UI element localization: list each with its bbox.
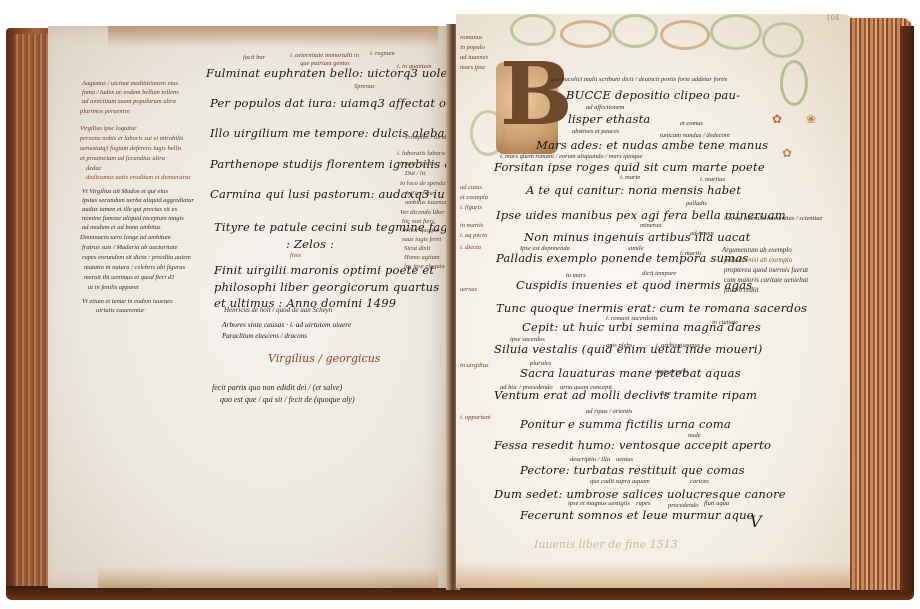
verse-line: Tunc quoque inermis erat: cum te romana …	[496, 301, 807, 315]
verse-line: BUCCE depositio clipeo pau-	[566, 88, 740, 102]
verse-line: Fessa resedit humo: ventosque accepit ap…	[494, 438, 771, 452]
gloss: dedicamus uatis eruditum et demonstrat	[86, 174, 190, 181]
gloss: plurimos peruenire	[80, 108, 130, 115]
gloss: uirtutis cauerentur	[96, 307, 145, 314]
gloss: que cadit supra aquam	[590, 478, 650, 485]
gloss: cum maioris caritate ueniebat	[724, 276, 808, 284]
gloss: plurales	[530, 360, 551, 367]
verse-line: : Zelos :	[286, 237, 334, 251]
gloss: fluit aqua	[704, 500, 729, 507]
owner-note: Henricus de holt / quod de uan Scheyn	[224, 306, 332, 314]
gloss: ad modum et ad bona ambitus	[82, 224, 161, 231]
gloss: ad iuuenes	[460, 54, 488, 61]
gloss: ad amicitiam suam populorum ultra	[82, 98, 176, 105]
gloss: carices	[690, 478, 709, 485]
gloss: propterea quod inermis fuerat	[724, 266, 808, 274]
gloss: A Cicerone	[405, 190, 434, 197]
gloss: i. mars quem romani / eorum aliquando / …	[500, 153, 642, 160]
gloss: uersus	[460, 286, 477, 293]
gloss: rupes	[636, 500, 650, 507]
bottom-binding-board	[6, 586, 914, 600]
verse-line: lisper ethasta	[568, 112, 650, 126]
gloss: ipsius secundum uerba aliquid aggrediatu…	[82, 197, 194, 204]
gloss: i. opportuni	[460, 414, 491, 421]
gloss: in uirgilius	[460, 362, 488, 369]
vine-scroll-icon	[710, 14, 762, 50]
gloss: persone nobis et laboris sui ei mirabili…	[80, 135, 183, 142]
gloss: In hoc quoque	[402, 227, 439, 234]
gloss: nude	[688, 432, 701, 439]
gloss: mutatio in natura / celebris ubi figuras	[84, 264, 185, 271]
gloss: ipse et magnus uestigiis	[568, 500, 630, 507]
water-stain-bottom	[98, 566, 438, 588]
verse-line: Forsitan ipse roges quid sit cum marte p…	[494, 160, 765, 174]
closing-note: quo est que / qui sit / fecit de (quoque…	[220, 395, 355, 404]
gloss: mars ipse	[460, 64, 485, 71]
verse-line: Per populos dat iura: uiamq3 affectat ol…	[210, 96, 483, 110]
colophon-line: philosophi liber georgicorum quartus	[214, 280, 439, 294]
gloss: Sicut dixit	[404, 245, 430, 252]
gloss: ripa	[660, 390, 671, 397]
gloss: et prouinciam ad fecundius ultra	[80, 155, 165, 162]
gloss: hoc est liberalis humanitas / scientiae	[724, 215, 822, 222]
gloss: facit bar	[243, 54, 265, 61]
gloss: uentus	[616, 456, 633, 463]
gloss: i. pater ipsius	[400, 160, 436, 167]
vine-scroll-icon	[660, 20, 710, 50]
gloss: i. regnum	[370, 50, 395, 57]
flower-icon: ❀	[806, 112, 816, 126]
gloss: ad hoc / precedendo	[500, 384, 553, 391]
vine-scroll-icon	[780, 60, 808, 106]
vine-scroll-icon	[762, 22, 804, 58]
gloss: Dui / lit.	[405, 170, 427, 177]
gloss: procedendo	[668, 502, 698, 509]
vine-scroll-icon	[510, 14, 556, 46]
gloss: Vt etiam et tenue in eodem iuuenes	[82, 298, 173, 305]
gloss: ad affectionem	[586, 104, 624, 111]
gloss: uenustatq3 fugiam deferens iugis bellis	[80, 145, 182, 152]
gloss: i. aqua priores	[650, 368, 688, 375]
interlinear-gloss: qua bucolici multi scribunt dicit / deui…	[550, 76, 727, 83]
corner-mark: V	[750, 512, 762, 531]
faint-bottom-note: Iuuenis liber de fine 1513	[534, 538, 678, 551]
gloss: tunicam nundus / dedecore	[660, 132, 730, 139]
gloss: Homo agitum	[404, 254, 440, 261]
gloss: ipse sacerdos	[510, 336, 545, 343]
gloss: i. diecia	[460, 244, 481, 251]
gloss: abstines et pauces	[572, 128, 619, 135]
gloss: et comas	[680, 120, 703, 127]
gloss: palladis	[686, 200, 707, 207]
gloss: minerua	[640, 222, 662, 229]
verse-line: Pectore: turbatas restituit que comas	[520, 463, 745, 477]
flower-icon: ✿	[782, 146, 792, 160]
gloss: suus iugis feret	[402, 236, 441, 243]
gloss: Virgilius ipse loquitur	[80, 125, 137, 132]
verse-line: Non minus ingenuis artibus illa uacat	[524, 230, 750, 244]
rubric-title: Virgilius / georgicus	[268, 352, 380, 365]
gloss: i. romani sacerdotis	[606, 315, 658, 322]
gloss: simile	[628, 245, 644, 252]
water-stain-bottom	[456, 562, 856, 588]
water-stain-top	[108, 26, 438, 48]
gloss: hic non fieri	[402, 218, 434, 225]
gloss: rupes eorundem sit dicta : precdita aute…	[82, 254, 191, 261]
gloss: in loco de spenda	[400, 180, 446, 187]
gloss: i. aeternitate immortalit in	[290, 52, 359, 59]
verse-line: Cuspidis inuenies et quod inermis agas	[516, 278, 752, 292]
gloss: ad ripas / orientis	[586, 408, 632, 415]
gloss: romanus	[460, 34, 483, 41]
gloss: i. marte	[620, 174, 640, 181]
gloss: dicit tempore	[642, 270, 676, 277]
gloss: fauore rediit	[724, 286, 759, 294]
gloss: in ciuitate	[712, 319, 738, 326]
verse-line: Dum sedet: umbrose salices uolucresque c…	[494, 487, 786, 501]
gloss: Augustus / uicinat meditationem eius	[82, 80, 178, 87]
gloss: Vt Virgilius ait Madox et qui eius	[82, 188, 168, 195]
gloss: i. martis	[680, 250, 702, 257]
gloss: ad ipsam	[690, 230, 714, 237]
gloss: nomine famose aliquid inceptum magis	[82, 215, 184, 222]
gloss: deduc	[86, 165, 102, 172]
gloss: ambitus iuuenum	[405, 199, 450, 206]
folio-number: 104	[826, 14, 839, 22]
gloss: los ipse eloquia	[404, 263, 445, 270]
gloss: descriptio / Ilia	[570, 456, 610, 463]
closing-note: fecit partis quo non edidit dei / (et sa…	[212, 383, 342, 392]
verse-line: Fulminat euphraten bello: uictorq3 uolen…	[206, 66, 461, 80]
gloss: tu mars	[566, 272, 586, 279]
verse-line: A te qui canitur: nona mensis habet	[526, 183, 741, 197]
owner-note: Arbores sinte causas · i. ad uirtutem ui…	[222, 320, 351, 329]
gloss: Ipse est deponenda	[520, 245, 570, 252]
initial-letter: B	[500, 52, 573, 138]
gloss: ut in fenilis apparet	[88, 284, 139, 291]
gloss: Ver dicendo liber	[400, 209, 445, 216]
gloss: Sprenas	[354, 83, 375, 90]
colophon-line: Finit uirgilii maronis optimi poete et	[214, 263, 434, 277]
gloss: Argumentum ab exemplo	[722, 246, 792, 254]
manuscript-photo: facit bar i. aeternitate immortalit in q…	[0, 0, 920, 609]
verse-line: Mars ades: et nudas ambe tene manus	[536, 138, 768, 152]
gloss: Prouphet / uirtute	[405, 134, 451, 141]
gloss: Dominacio uero longe ad ambitum	[80, 234, 171, 241]
gloss: i. aq pecto	[460, 232, 487, 239]
flower-icon: ✿	[772, 112, 782, 126]
right-leather-cover	[900, 26, 914, 592]
gloss: urna quam concepit	[560, 384, 612, 391]
gloss: quis plebs	[606, 342, 632, 349]
gloss: audax tamen et ille qui precius sit ex	[82, 206, 177, 213]
gloss: fama / iudex ac eodem bellum tollens	[82, 89, 179, 96]
verse-line: Ponitur e summa fictilis urna coma	[520, 417, 731, 431]
rubric-note: finis	[290, 252, 301, 259]
verse-line: Sacra lauaturas mane petebat aquas	[520, 366, 741, 380]
gloss: in populo	[460, 44, 485, 51]
gloss: i. laboratis laboris	[397, 150, 446, 157]
verse-line: Palladis exemplo ponende tempora sumas	[496, 251, 748, 265]
gloss: in martis	[460, 222, 483, 229]
gloss: meruit ibi uenimus et quod fieri d3	[84, 274, 174, 281]
owner-note: Paraclitum eluscens / dracons	[222, 332, 307, 340]
gloss: fratrus suis / Madaria ab auctoritate	[82, 244, 178, 251]
gloss: et exempla	[460, 194, 488, 201]
gloss: i. martius	[700, 176, 725, 183]
gloss: ad cuius	[460, 184, 482, 191]
gloss: i. archiepiscopus	[656, 342, 700, 349]
vine-scroll-icon	[612, 14, 658, 48]
gloss: i. figuris	[460, 204, 482, 211]
gloss: palladis nisi ab exemplo	[724, 256, 792, 264]
verse-line: Fecerunt somnos et leue murmur aque	[520, 508, 754, 522]
